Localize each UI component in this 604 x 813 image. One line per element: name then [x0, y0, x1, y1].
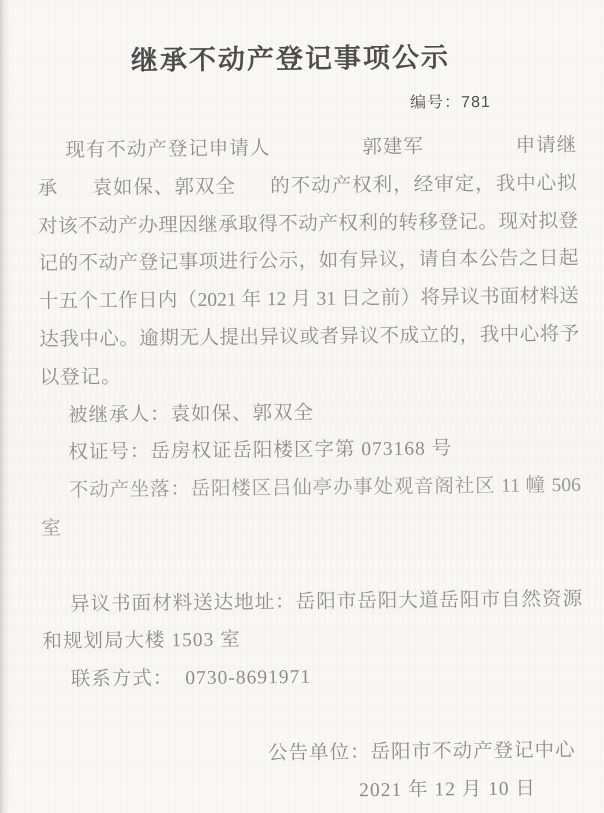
- para1-line7: 以登记。: [39, 354, 579, 397]
- cert-no-label: 权证号：: [68, 442, 150, 464]
- para1-line2-lead: 承: [38, 170, 59, 208]
- notice-content: 继承不动产登记事项公示 编号：781 现有不动产登记申请人 郭建军 申请继 承 …: [0, 0, 604, 813]
- para1-lead: 现有不动产登记申请人: [65, 130, 270, 170]
- contact-phone: 0730-8691971: [185, 667, 311, 689]
- objection-address-line1: 岳阳市岳阳大道岳阳市自然资源: [296, 589, 582, 613]
- para1-line2: 承 袁如保、郭双全 的不动产权利，经审定，我中心拟: [38, 165, 578, 208]
- cert-no-value: 岳房权证岳阳楼区字第 073168 号: [150, 439, 452, 463]
- page-title: 继承不动产登记事项公示: [20, 39, 560, 79]
- para1-line5: 十五个工作日内（2021 年 12 月 31 日之前）将异议书面材料送: [39, 278, 579, 321]
- location-label: 不动产坐落：: [69, 479, 191, 501]
- notice-body: 现有不动产登记申请人 郭建军 申请继 承 袁如保、郭双全 的不动产权利，经审定，…: [37, 127, 584, 813]
- scanned-notice-page: 继承不动产登记事项公示 编号：781 现有不动产登记申请人 郭建军 申请继 承 …: [0, 0, 604, 813]
- blank-line: [41, 543, 581, 586]
- decedent-names: 袁如保、郭双全: [170, 402, 314, 425]
- blank-line: [43, 694, 583, 737]
- contact-row: 联系方式：0730-8691971: [43, 656, 583, 699]
- objection-address-row: 异议书面材料送达地址：岳阳市岳阳大道岳阳市自然资源: [42, 581, 582, 624]
- issuer-row: 公告单位：岳阳市不动产登记中心: [43, 732, 583, 775]
- document-number: 编号：781: [37, 93, 577, 117]
- decedent-names-inline: 袁如保、郭双全: [92, 168, 236, 207]
- para1-line3: 对该不动产办理因继承取得不动产权利的转移登记。现对拟登: [38, 203, 578, 246]
- cert-no-row: 权证号：岳房权证岳阳楼区字第 073168 号: [40, 429, 580, 472]
- contact-label: 联系方式：: [71, 668, 174, 690]
- para1-line6: 达我中心。逾期无人提出异议或者异议不成立的，我中心将予: [39, 316, 579, 359]
- location-row: 不动产坐落：岳阳楼区吕仙亭办事处观音阁社区 11 幢 506: [41, 467, 581, 510]
- date-row: 2021 年 12 月 10 日: [44, 769, 584, 812]
- location-value-line1: 岳阳楼区吕仙亭办事处观音阁社区 11 幢 506: [191, 475, 581, 500]
- decedent-row: 被继承人：袁如保、郭双全: [40, 392, 580, 435]
- objection-address-label: 异议书面材料送达地址：: [70, 592, 296, 615]
- location-row-wrap: 室: [41, 505, 581, 548]
- para1-line4: 记的不动产登记事项进行公示，如有异议，请自本公告之日起: [38, 240, 578, 283]
- para1-line1-tail: 申请继: [516, 127, 578, 165]
- decedent-label: 被继承人：: [68, 404, 171, 426]
- issuer-label: 公告单位：: [268, 742, 371, 764]
- applicant-name: 郭建军: [362, 129, 424, 167]
- para1-line2-tail: 的不动产权利，经审定，我中心拟: [270, 165, 578, 206]
- para1-line1: 现有不动产登记申请人 郭建军 申请继: [37, 127, 577, 170]
- issuer-name: 岳阳市不动产登记中心: [371, 740, 576, 763]
- objection-address-line2: 和规划局大楼 1503 室: [42, 618, 582, 661]
